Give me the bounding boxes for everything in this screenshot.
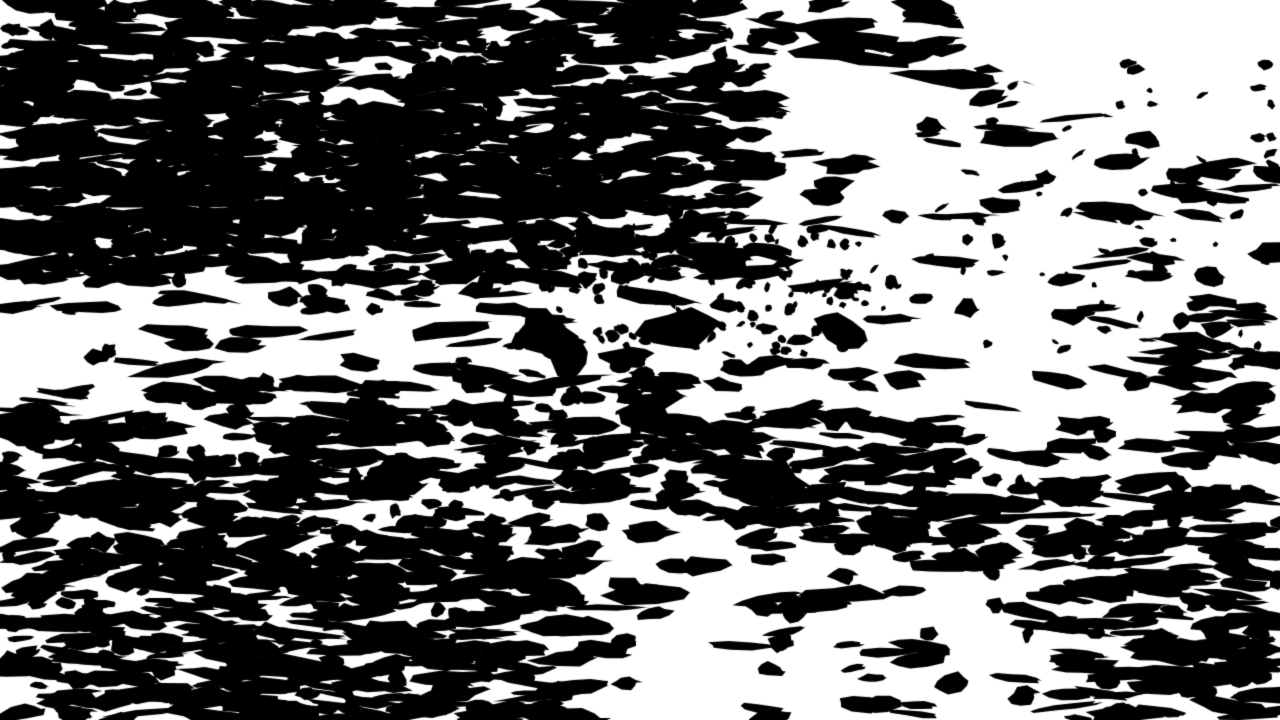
dalmatian-illusion-image	[0, 0, 1280, 720]
